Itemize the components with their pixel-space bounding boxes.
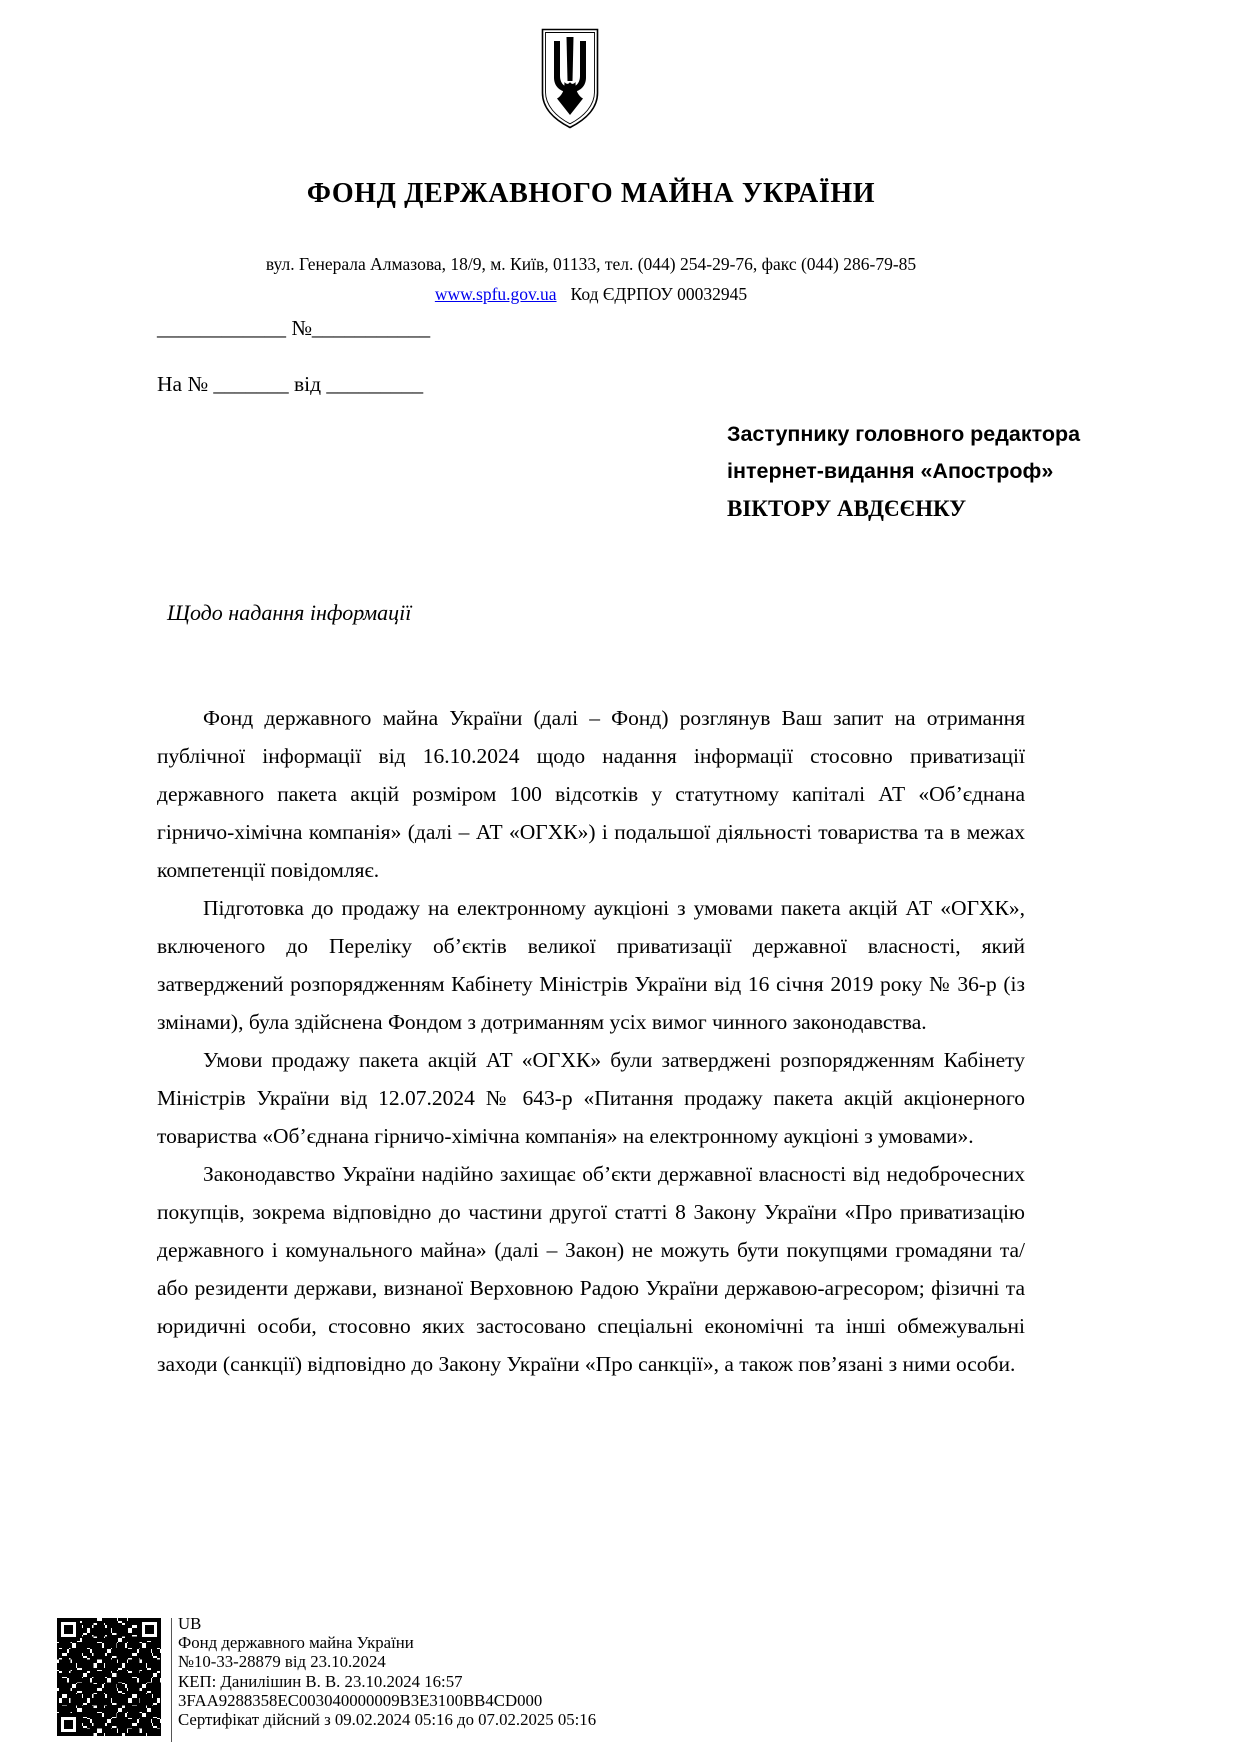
stamp-org: Фонд державного майна України <box>178 1633 698 1652</box>
recipient-position-line2: інтернет-видання «Апостроф» <box>727 453 1080 490</box>
stamp-certificate-validity: Сертифікат дійсний з 09.02.2024 05:16 до… <box>178 1710 698 1729</box>
stamp-signer: КЕП: Данилішин В. В. 23.10.2024 16:57 <box>178 1672 698 1691</box>
letter-page: ФОНД ДЕРЖАВНОГО МАЙНА УКРАЇНИ вул. Генер… <box>0 0 1241 1754</box>
stamp-text-block: UB Фонд державного майна України №10-33-… <box>178 1614 698 1729</box>
letter-body: Фонд державного майна України (далі – Фо… <box>157 699 1025 1383</box>
stamp-hash: 3FAA9288358EC003040000009B3E3100BB4CD000 <box>178 1691 698 1710</box>
qr-finder-icon <box>57 1713 80 1736</box>
recipient-name: ВІКТОРУ АВДЄЄНКУ <box>727 490 1080 527</box>
qr-code-icon <box>57 1618 161 1736</box>
stamp-ub: UB <box>178 1614 698 1633</box>
recipient-block: Заступнику головного редактора інтернет-… <box>727 416 1080 527</box>
org-address: вул. Генерала Алмазова, 18/9, м. Київ, 0… <box>57 254 1125 275</box>
paragraph-4: Законодавство України надійно захищає об… <box>157 1155 1025 1383</box>
paragraph-3: Умови продажу пакета акцій АТ «ОГХК» бул… <box>157 1041 1025 1155</box>
stamp-divider <box>171 1618 172 1742</box>
stamp-doc-number: №10-33-28879 від 23.10.2024 <box>178 1652 698 1671</box>
recipient-position-line1: Заступнику головного редактора <box>727 416 1080 453</box>
qr-finder-icon <box>57 1618 80 1641</box>
tryzub-emblem-icon <box>540 26 600 132</box>
edrpou-code: Код ЄДРПОУ 00032945 <box>571 284 748 304</box>
qr-finder-icon <box>138 1618 161 1641</box>
outgoing-ref-line: ____________ №___________ <box>157 316 430 341</box>
paragraph-2: Підготовка до продажу на електронному ау… <box>157 889 1025 1041</box>
org-name: ФОНД ДЕРЖАВНОГО МАЙНА УКРАЇНИ <box>157 178 1025 210</box>
website-link[interactable]: www.spfu.gov.ua <box>435 284 557 304</box>
paragraph-1: Фонд державного майна України (далі – Фо… <box>157 699 1025 889</box>
incoming-ref-line: На № _______ від _________ <box>157 372 423 397</box>
subject-line: Щодо надання інформації <box>167 600 411 626</box>
org-contacts: www.spfu.gov.uaКод ЄДРПОУ 00032945 <box>57 284 1125 305</box>
